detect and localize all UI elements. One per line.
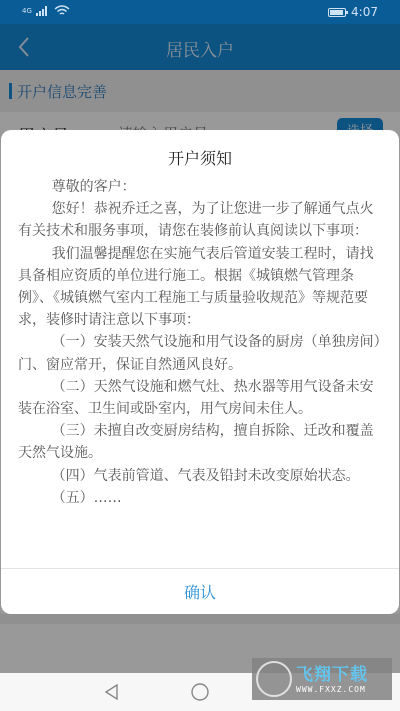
dialog-paragraph: （二）天然气设施和燃气灶、热水器等用气设备未安装在浴室、卫生间或卧室内，用气房间… (18, 376, 386, 420)
notice-dialog: 开户须知 尊敬的客户： 您好！恭祝乔迁之喜，为了让您进一步了解通气点火有关技术和… (1, 130, 399, 614)
dialog-paragraph: （三）未擅自改变厨房结构，擅自拆除、迁改和覆盖天然气设施。 (18, 420, 386, 464)
dialog-paragraph: 您好！恭祝乔迁之喜，为了让您进一步了解通气点火有关技术和服务事项，请您在装修前认… (18, 198, 386, 242)
status-bar: 4G 4:07 (0, 0, 400, 24)
home-circle-icon[interactable] (190, 682, 210, 702)
dialog-title: 开户须知 (1, 146, 399, 169)
dialog-greeting: 尊敬的客户： (18, 176, 386, 198)
dialog-paragraph: （五）…… (18, 487, 386, 509)
overlay-band (0, 614, 400, 624)
battery-icon (328, 8, 346, 17)
watermark-name: 飞翔下载 (296, 665, 368, 685)
scroll-fade (1, 536, 399, 566)
dialog-paragraph: （一）安装天然气设施和用气设备的厨房（单独房间）门、窗应常开，保证自然通风良好。 (18, 331, 386, 375)
signal-icon (36, 6, 50, 16)
confirm-button[interactable]: 确认 (1, 569, 399, 614)
dialog-paragraph: 我们温馨提醒您在实施气表后管道安装工程时，请找具备相应资质的单位进行施工。根据《… (18, 243, 386, 332)
dialog-paragraph: （四）气表前管道、气表及铅封未改变原始状态。 (18, 465, 386, 487)
watermark-logo-icon (256, 661, 292, 697)
wifi-icon (54, 5, 70, 16)
dialog-body[interactable]: 尊敬的客户： 您好！恭祝乔迁之喜，为了让您进一步了解通气点火有关技术和服务事项，… (18, 176, 386, 556)
watermark-url: WWW.FXXZ.COM (296, 685, 368, 694)
watermark: 飞翔下载 WWW.FXXZ.COM (252, 658, 392, 700)
clock: 4:07 (351, 5, 378, 19)
back-triangle-icon[interactable] (102, 682, 122, 702)
network-type: 4G (22, 7, 32, 15)
